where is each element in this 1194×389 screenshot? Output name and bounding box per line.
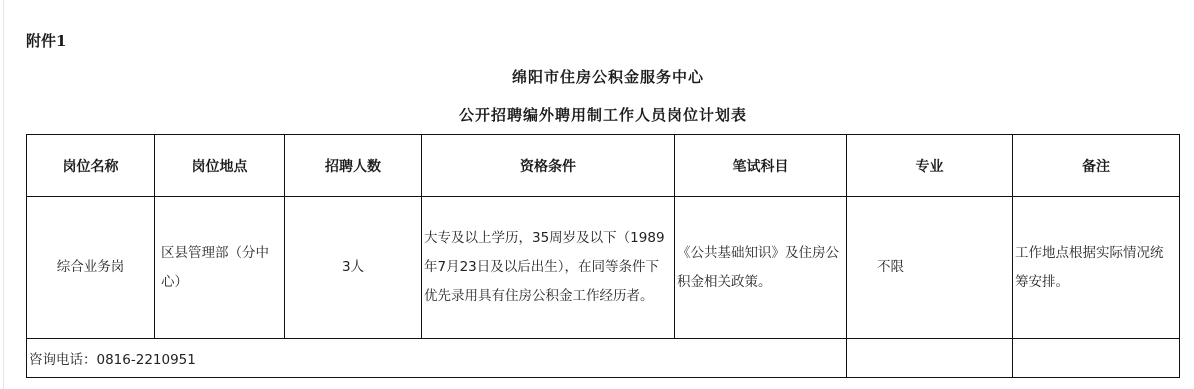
header-major: 专业 (847, 135, 1013, 197)
cell-major: 不限 (847, 197, 1013, 339)
header-position-name: 岗位名称 (27, 135, 155, 197)
header-remarks: 备注 (1013, 135, 1180, 197)
table-header-row: 岗位名称 岗位地点 招聘人数 资格条件 笔试科目 专业 备注 (27, 135, 1180, 197)
cell-qualifications: 大专及以上学历，35周岁及以下（1989年7月23日及以后出生），在同等条件下优… (422, 197, 675, 339)
contact-phone: 咨询电话：0816-2210951 (27, 339, 847, 378)
header-exam-subjects: 笔试科目 (675, 135, 847, 197)
footer-remarks-cell (1013, 339, 1180, 378)
table-footer-row: 咨询电话：0816-2210951 (27, 339, 1180, 378)
attachment-label: 附件1 (26, 30, 66, 51)
cell-location: 区县管理部（分中心） (155, 197, 285, 339)
footer-major-cell (847, 339, 1013, 378)
cell-remarks: 工作地点根据实际情况统筹安排。 (1013, 197, 1180, 339)
header-qualifications: 资格条件 (422, 135, 675, 197)
document-title-plan: 公开招聘编外聘用制工作人员岗位计划表 (6, 104, 1194, 125)
cell-exam-subjects: 《公共基础知识》及住房公积金相关政策。 (675, 197, 847, 339)
page-edge-divider (3, 0, 4, 389)
header-location: 岗位地点 (155, 135, 285, 197)
header-headcount: 招聘人数 (285, 135, 422, 197)
table-row: 综合业务岗 区县管理部（分中心） 3人 大专及以上学历，35周岁及以下（1989… (27, 197, 1180, 339)
cell-position-name: 综合业务岗 (27, 197, 155, 339)
recruitment-plan-table: 岗位名称 岗位地点 招聘人数 资格条件 笔试科目 专业 备注 综合业务岗 区县管… (26, 134, 1180, 378)
cell-headcount: 3人 (285, 197, 422, 339)
document-title-organization: 绵阳市住房公积金服务中心 (11, 66, 1194, 87)
